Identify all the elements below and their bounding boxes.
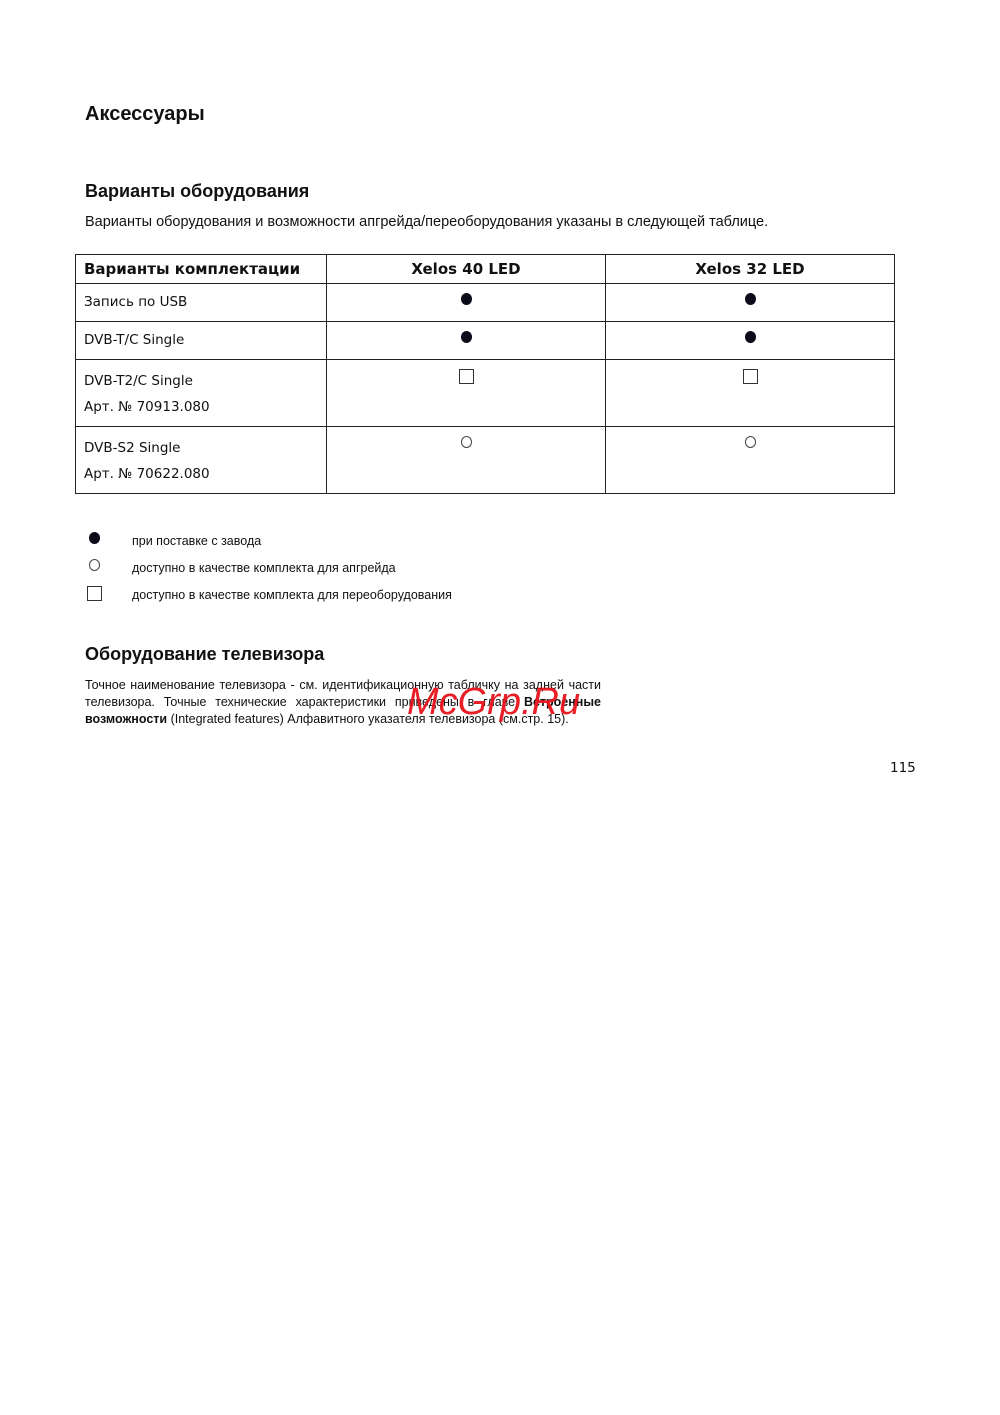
filled-circle-icon xyxy=(745,331,756,343)
hollow-square-icon xyxy=(87,586,102,601)
article-number: Арт. № 70913.080 xyxy=(84,394,318,420)
page-title: Аксессуары xyxy=(85,103,205,126)
article-number: Арт. № 70622.080 xyxy=(84,461,318,487)
filled-circle-icon xyxy=(461,331,472,343)
intro-text: Варианты оборудования и возможности апгр… xyxy=(85,214,768,230)
row-label: DVB-T2/C Single Арт. № 70913.080 xyxy=(76,360,327,427)
section-heading-tv-equipment: Оборудование телевизора xyxy=(85,644,324,665)
cell-xelos40 xyxy=(327,360,606,427)
filled-circle-icon xyxy=(745,293,756,305)
row-label: DVB-S2 Single Арт. № 70622.080 xyxy=(76,427,327,494)
watermark: McGrp.Ru xyxy=(407,681,580,724)
hollow-square-icon xyxy=(459,369,474,384)
table-header-row: Варианты комплектации Xelos 40 LED Xelos… xyxy=(76,255,895,284)
hollow-circle-icon xyxy=(461,436,472,448)
column-header-xelos32: Xelos 32 LED xyxy=(606,255,895,284)
table-row: DVB-S2 Single Арт. № 70622.080 xyxy=(76,427,895,494)
table-row: DVB-T2/C Single Арт. № 70913.080 xyxy=(76,360,895,427)
table-row: DVB-T/C Single xyxy=(76,322,895,360)
filled-circle-icon xyxy=(89,532,100,544)
cell-xelos32 xyxy=(606,427,895,494)
cell-xelos32 xyxy=(606,360,895,427)
cell-xelos40 xyxy=(327,427,606,494)
equipment-variants-table: Варианты комплектации Xelos 40 LED Xelos… xyxy=(75,254,895,494)
column-header-variants: Варианты комплектации xyxy=(76,255,327,284)
section-heading-equipment-variants: Варианты оборудования xyxy=(85,181,309,202)
hollow-circle-icon xyxy=(89,559,100,571)
filled-circle-icon xyxy=(461,293,472,305)
cell-xelos32 xyxy=(606,322,895,360)
cell-xelos40 xyxy=(327,322,606,360)
cell-xelos40 xyxy=(327,284,606,322)
hollow-square-icon xyxy=(743,369,758,384)
hollow-circle-icon xyxy=(745,436,756,448)
row-label: Запись по USB xyxy=(76,284,327,322)
table-row: Запись по USB xyxy=(76,284,895,322)
cell-xelos32 xyxy=(606,284,895,322)
page-number: 115 xyxy=(890,760,916,776)
column-header-xelos40: Xelos 40 LED xyxy=(327,255,606,284)
row-label: DVB-T/C Single xyxy=(76,322,327,360)
